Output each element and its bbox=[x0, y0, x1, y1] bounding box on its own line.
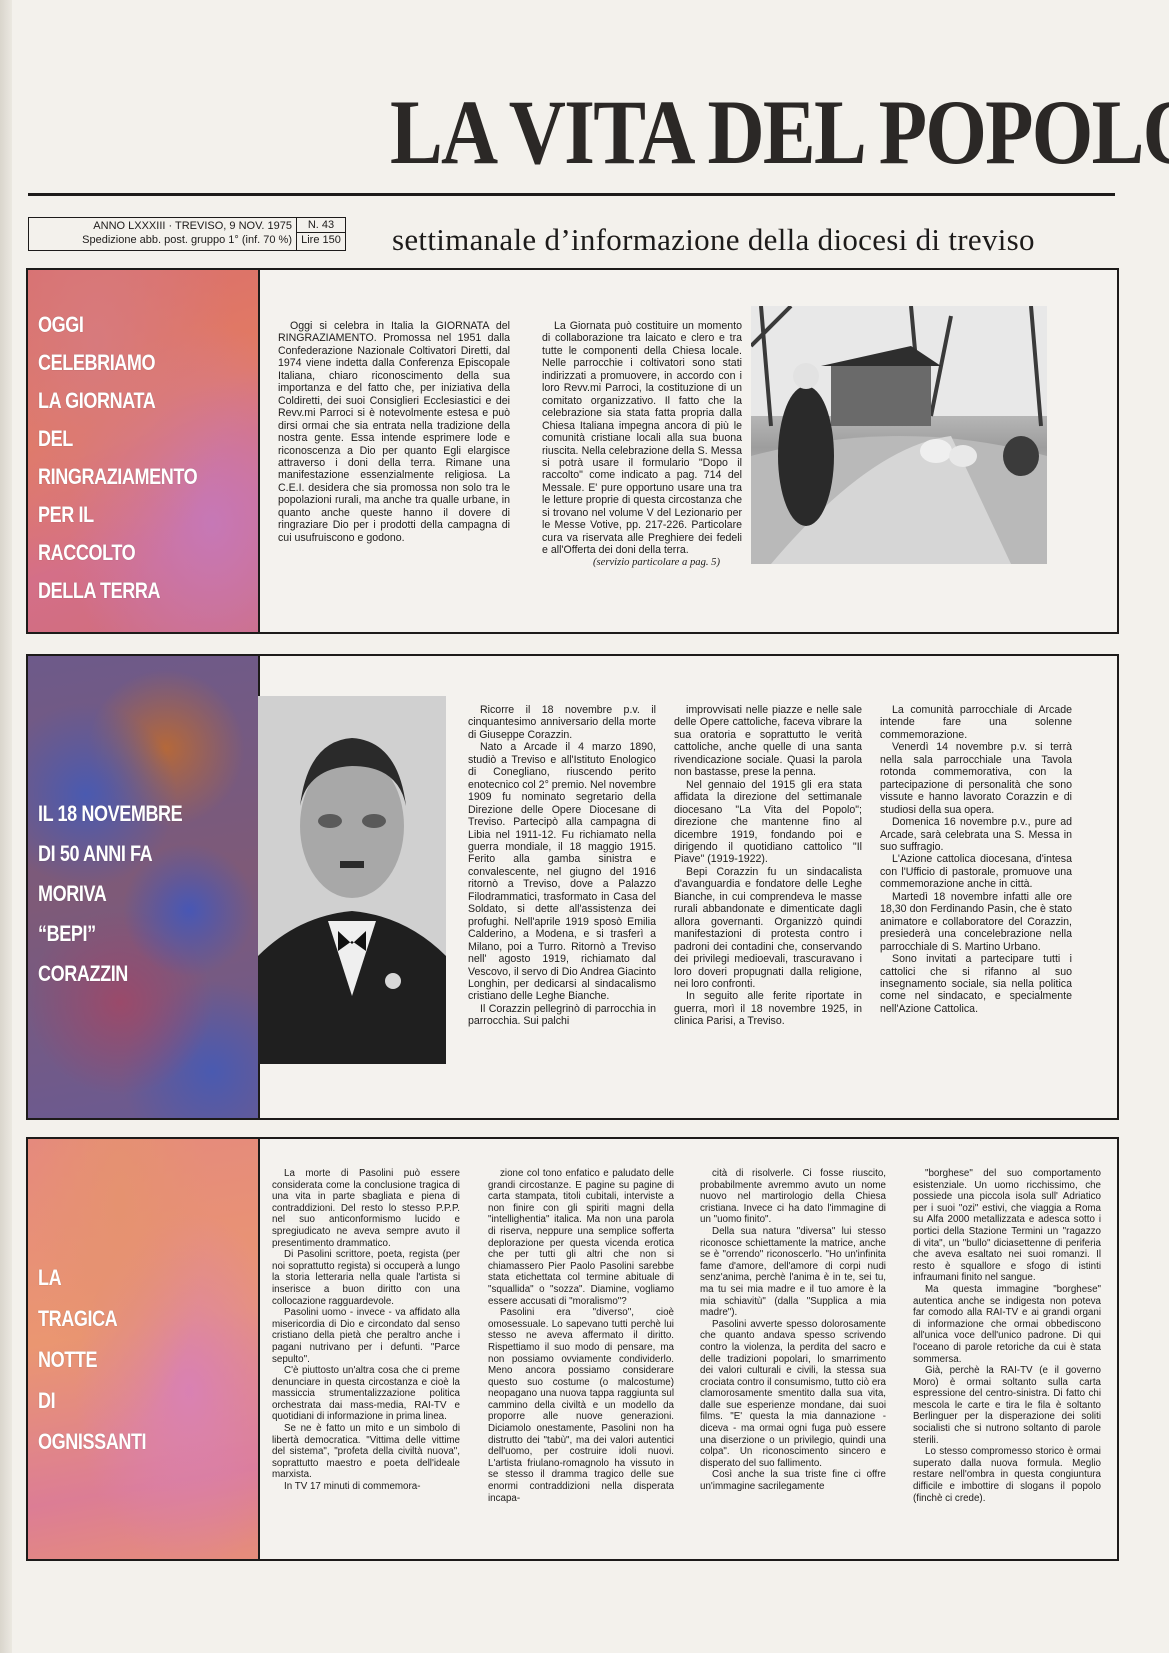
headline-line: OGGI bbox=[38, 306, 215, 344]
issue-info-box: ANNO LXXXIII · TREVISO, 9 NOV. 1975 Sped… bbox=[28, 217, 346, 251]
article-column: zione col tono enfatico e paludato delle… bbox=[488, 1168, 674, 1504]
article-column: La comunità parrocchiale di Arcade inten… bbox=[880, 704, 1072, 1015]
page-edge bbox=[0, 0, 12, 1653]
headline-line: OGNISSANTI bbox=[38, 1421, 215, 1462]
article-column: La Giornata può costituire un momento di… bbox=[542, 320, 742, 569]
paragraph: cità di risolverle. Ci fosse riuscito, p… bbox=[700, 1168, 886, 1226]
article-column: La morte di Pasolini può essere consider… bbox=[272, 1168, 460, 1493]
headline-line: DEL bbox=[38, 420, 215, 458]
issue-price: Lire 150 bbox=[297, 233, 345, 247]
paragraph: Nato a Arcade il 4 marzo 1890, studiò a … bbox=[468, 741, 656, 1003]
paragraph: Pasolini era "diverso", cioè omosessuale… bbox=[488, 1307, 674, 1504]
headline-line: RINGRAZIAMENTO bbox=[38, 458, 215, 496]
headline: IL 18 NOVEMBRE DI 50 ANNI FA MORIVA “BEP… bbox=[38, 794, 254, 994]
masthead-title: LA VITA DEL POPOLO bbox=[390, 82, 1014, 182]
article-column: Ricorre il 18 novembre p.v. il cinquante… bbox=[468, 704, 656, 1028]
paragraph: Della sua natura "diversa" lui stesso ri… bbox=[700, 1226, 886, 1319]
photo-farmer-with-sheep bbox=[751, 306, 1047, 564]
paragraph: Sono invitati a partecipare tutti i catt… bbox=[880, 953, 1072, 1015]
portrait-image bbox=[258, 696, 446, 1064]
masthead-subtitle: settimanale d’informazione della diocesi… bbox=[392, 222, 1035, 258]
paragraph: Lo stesso compromesso storico è ormai su… bbox=[913, 1446, 1101, 1504]
article-column: "borghese" del suo comportamento esisten… bbox=[913, 1168, 1101, 1504]
photo-image bbox=[751, 306, 1047, 564]
headline-line: “BEPI” bbox=[38, 914, 215, 954]
paragraph: In seguito alle ferite riportate in guer… bbox=[674, 990, 862, 1027]
paragraph: Martedì 18 novembre infatti alle ore 18,… bbox=[880, 891, 1072, 953]
paragraph: Venerdì 14 novembre p.v. si terrà nella … bbox=[880, 741, 1072, 816]
issue-year-date: ANNO LXXXIII · TREVISO, 9 NOV. 1975 bbox=[33, 219, 292, 233]
paragraph: Ricorre il 18 novembre p.v. il cinquante… bbox=[468, 704, 656, 741]
headline-line: LA GIORNATA bbox=[38, 382, 215, 420]
article-column: improvvisati nelle piazze e nelle sale d… bbox=[674, 704, 862, 1028]
headline-line: DI bbox=[38, 1380, 215, 1421]
headline-panel: IL 18 NOVEMBRE DI 50 ANNI FA MORIVA “BEP… bbox=[28, 656, 260, 1118]
headline-panel: LA TRAGICA NOTTE DI OGNISSANTI bbox=[28, 1139, 260, 1559]
headline: LA TRAGICA NOTTE DI OGNISSANTI bbox=[38, 1257, 254, 1462]
headline-line: CELEBRIAMO bbox=[38, 344, 215, 382]
headline-line: LA bbox=[38, 1257, 215, 1298]
article-column: cità di risolverle. Ci fosse riuscito, p… bbox=[700, 1168, 886, 1493]
paragraph: Se ne è fatto un mito e un simbolo di li… bbox=[272, 1423, 460, 1481]
page-reference: (servizio particolare a pag. 5) bbox=[542, 557, 742, 569]
paragraph: improvvisati nelle piazze e nelle sale d… bbox=[674, 704, 862, 779]
paragraph: Di Pasolini scrittore, poeta, regista (p… bbox=[272, 1249, 460, 1307]
paragraph: La Giornata può costituire un momento di… bbox=[542, 320, 742, 557]
headline-line: DI 50 ANNI FA bbox=[38, 834, 215, 874]
postal-info: Spedizione abb. post. gruppo 1° (inf. 70… bbox=[33, 233, 292, 247]
paragraph: Così anche la sua triste fine ci offre u… bbox=[700, 1469, 886, 1492]
paragraph: L'Azione cattolica diocesana, d'intesa c… bbox=[880, 853, 1072, 890]
headline-line: TRAGICA bbox=[38, 1298, 215, 1339]
portrait-giuseppe-corazzin bbox=[258, 696, 446, 1064]
paragraph: Il Corazzin pellegrinò di parrocchia in … bbox=[468, 1003, 656, 1028]
headline: OGGI CELEBRIAMO LA GIORNATA DEL RINGRAZI… bbox=[38, 306, 254, 610]
paragraph: "borghese" del suo comportamento esisten… bbox=[913, 1168, 1101, 1284]
paragraph: Già, perchè la RAI-TV (e il governo Moro… bbox=[913, 1365, 1101, 1446]
issue-info: ANNO LXXXIII · TREVISO, 9 NOV. 1975 Sped… bbox=[29, 218, 297, 250]
headline-line: DELLA TERRA bbox=[38, 572, 215, 610]
paragraph: Pasolini uomo - invece - va affidato all… bbox=[272, 1307, 460, 1365]
article-tragica-notte-ognissanti: LA TRAGICA NOTTE DI OGNISSANTI La morte … bbox=[26, 1137, 1119, 1561]
paragraph: In TV 17 minuti di commemora- bbox=[272, 1481, 460, 1493]
paragraph: zione col tono enfatico e paludato delle… bbox=[488, 1168, 674, 1307]
paragraph: La comunità parrocchiale di Arcade inten… bbox=[880, 704, 1072, 741]
article-column: Oggi si celebra in Italia la GIORNATA de… bbox=[278, 320, 510, 544]
issue-number-price: N. 43 Lire 150 bbox=[297, 218, 345, 250]
paragraph: C'è piuttosto un'altra cosa che ci preme… bbox=[272, 1365, 460, 1423]
paragraph: Bepi Corazzin fu un sindacalista d'avang… bbox=[674, 866, 862, 991]
article-bepi-corazzin: IL 18 NOVEMBRE DI 50 ANNI FA MORIVA “BEP… bbox=[26, 654, 1119, 1120]
issue-number: N. 43 bbox=[297, 218, 345, 233]
paragraph: Pasolini avverte spesso dolorosamente ch… bbox=[700, 1319, 886, 1470]
paragraph: Nel gennaio del 1915 gli era stata affid… bbox=[674, 779, 862, 866]
paragraph: La morte di Pasolini può essere consider… bbox=[272, 1168, 460, 1249]
paragraph: Oggi si celebra in Italia la GIORNATA de… bbox=[278, 320, 510, 544]
headline-line: CORAZZIN bbox=[38, 954, 215, 994]
headline-line: NOTTE bbox=[38, 1339, 215, 1380]
headline-line: MORIVA bbox=[38, 874, 215, 914]
paragraph: Domenica 16 novembre p.v., pure ad Arcad… bbox=[880, 816, 1072, 853]
masthead-rule bbox=[28, 193, 1115, 196]
headline-line: RACCOLTO bbox=[38, 534, 215, 572]
paragraph: Ma questa immagine "borghese" autentica … bbox=[913, 1284, 1101, 1365]
headline-panel: OGGI CELEBRIAMO LA GIORNATA DEL RINGRAZI… bbox=[28, 270, 260, 632]
headline-line: PER IL bbox=[38, 496, 215, 534]
headline-line: IL 18 NOVEMBRE bbox=[38, 794, 215, 834]
article-giornata-ringraziamento: OGGI CELEBRIAMO LA GIORNATA DEL RINGRAZI… bbox=[26, 268, 1119, 634]
